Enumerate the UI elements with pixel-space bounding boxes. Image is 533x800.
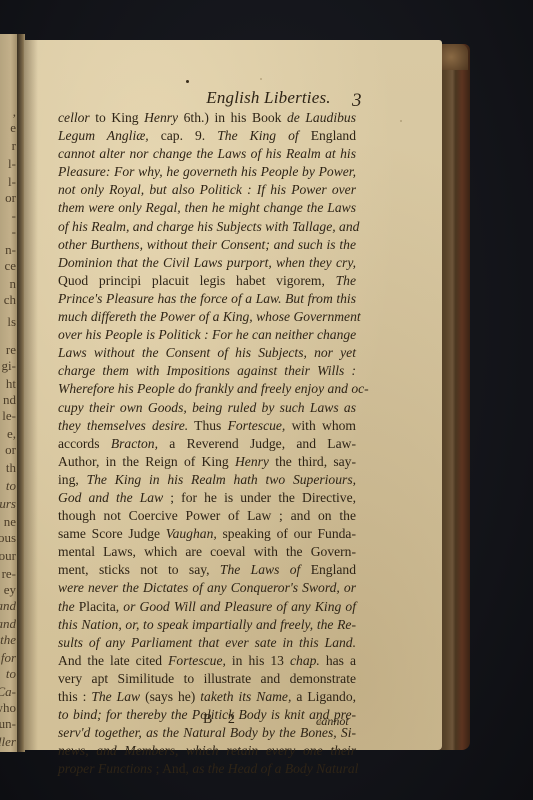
italic-run: or Good Will and Pleasure of any King of [123,599,356,614]
paper-foxing-spot [400,120,402,122]
text-line: over his People is Politick : For he can… [58,326,356,344]
roman-run: in his 13 [226,653,290,668]
book-binding [438,44,470,750]
italic-run: cupy their own Goods, being ruled by suc… [58,400,356,415]
roman-run: Quod principi placuit legis habet vigore… [58,273,336,288]
text-line: Legum Angliæ, cap. 9. The King of Englan… [58,127,356,145]
italic-run: of his Realm, and charge his Subjects wi… [58,219,359,234]
italic-run: Laws without the Consent of his Subjects… [58,345,356,360]
italic-run: the [58,599,75,614]
text-line: accords Bracton, a Reverend Judge, and L… [58,435,356,453]
text-line: ing, The King in his Realm hath two Supe… [58,471,356,489]
roman-run: cap. 9. [149,128,218,143]
text-line: the Placita, or Good Will and Pleasure o… [58,598,356,616]
italic-run: The King of [217,128,298,143]
roman-run: Thus [188,418,227,433]
text-line: news, and Members, which retain every on… [58,742,356,760]
text-line: cellor to King Henry 6th.) in his Book d… [58,109,356,127]
ornament-dot [186,80,189,83]
previous-page-fragment: ller [0,733,16,751]
italic-run: sults of any Parliament that ever sate i… [58,635,356,650]
previous-page-fragment: or [5,441,16,459]
roman-run: ing, [58,472,87,487]
italic-run: were never the Dictates of any Conqueror… [58,580,356,595]
roman-run: 6th.) in his Book [178,110,287,125]
roman-run: (says he) [140,689,200,704]
paper-foxing-spot [260,78,262,80]
roman-run: to King [90,110,144,125]
text-line: proper Functions ; And, as the Head of a… [58,760,356,778]
text-line: other Burthens, without their Consent; a… [58,236,356,254]
previous-page-fragment: to [6,665,16,683]
italic-run: as the Head of a Body Natural [192,761,358,776]
text-line: Dominion that the Civil Laws purport, wh… [58,254,356,272]
text-line: ment, sticks not to say, The Laws of Eng… [58,561,356,579]
italic-run: over his People is Politick : For he can… [58,327,356,342]
italic-run: charge them with Impositions against the… [58,363,356,378]
previous-page-fragment: r [12,137,16,155]
text-line: mental Laws, which are coeval with the G… [58,543,356,561]
italic-run: much differeth the Power of a King, whos… [58,309,361,324]
roman-run: this : [58,689,91,704]
signature-mark: B 2 [203,712,241,728]
body-text: cellor to King Henry 6th.) in his Book d… [58,109,356,778]
previous-page-fragment: to [6,477,16,495]
italic-run: Dominion that the Civil Laws purport, wh… [58,255,356,270]
italic-run: The King in his Realm hath two Superiour… [87,472,356,487]
text-line: though not Coercive Power of Law ; and o… [58,507,356,525]
roman-run: accords [58,436,111,451]
previous-page-fragment: urs [0,495,16,513]
italic-run: Legum Angliæ, [58,128,149,143]
previous-page-fragment: ce [4,257,16,275]
previous-page-fragment: gi- [2,357,16,375]
roman-run: with whom [285,418,356,433]
text-line: Laws without the Consent of his Subjects… [58,344,356,362]
previous-page-fragment: l- [8,155,16,173]
italic-run: Wherefore his People do frankly and free… [58,381,369,396]
previous-page-fragment: th [6,459,16,477]
previous-page-sliver: ,erl-l-or--n-cenchlsregi-htndle-e,orthto… [0,34,18,752]
previous-page-fragment: le- [2,407,16,425]
previous-page-fragment: ous [0,529,16,547]
text-line: not only Royal, but also Politick : If h… [58,181,356,199]
roman-run: the third, say- [269,454,356,469]
roman-run: And the late cited [58,653,168,668]
italic-run: Fortescue, [168,653,226,668]
roman-run: a Ligando, [291,689,356,704]
text-line: very apt Similitude to illustrate and de… [58,670,356,688]
previous-page-fragment: the [0,631,16,649]
italic-run: not only Royal, but also Politick : If h… [58,182,356,197]
italic-run: Bracton, [111,436,158,451]
roman-run: Author, in the Reign of King [58,454,235,469]
italic-run: de Laudibus [287,110,356,125]
binding-corner [440,44,468,70]
text-line: cannot alter nor change the Laws of his … [58,145,356,163]
italic-run: Vaughan, [166,526,217,541]
italic-run: cellor [58,110,90,125]
italic-run: God and the Law [58,490,163,505]
previous-page-fragment: ls [7,313,16,331]
roman-run: England [299,128,356,143]
text-line: this : The Law (says he) taketh its Name… [58,688,356,706]
text-line: sults of any Parliament that ever sate i… [58,634,356,652]
previous-page-fragment: e [10,119,16,137]
text-line: of his Realm, and charge his Subjects wi… [58,218,356,236]
italic-run: they themselves desire. [58,418,188,433]
roman-run: speaking of our Funda- [217,526,356,541]
roman-run: ment, sticks not to say, [58,562,220,577]
italic-run: The Law [91,689,140,704]
roman-run: though not Coercive Power of Law ; and o… [58,508,356,523]
italic-run: news, and Members, which retain every on… [58,743,356,758]
italic-run: proper Functions [58,761,152,776]
previous-page-fragment: or [5,189,16,207]
italic-run: chap. [290,653,320,668]
text-line: Author, in the Reign of King Henry the t… [58,453,356,471]
italic-run: other Burthens, without their Consent; a… [58,237,356,252]
page-inner-shadow [24,40,38,750]
text-line: cupy their own Goods, being ruled by suc… [58,399,356,417]
text-line: Wherefore his People do frankly and free… [58,380,356,398]
roman-run: Placita, [75,599,124,614]
text-line: And the late cited Fortescue, in his 13 … [58,652,356,670]
italic-run: The Laws of [220,562,300,577]
text-line: them were only Regal, then he might chan… [58,199,356,217]
previous-page-fragment: - [12,223,16,241]
text-line: charge them with Impositions against the… [58,362,356,380]
roman-run: ; for he is under the Directive, [163,490,356,505]
text-line: much differeth the Power of a King, whos… [58,308,356,326]
roman-run: mental Laws, which are coeval with the G… [58,544,356,559]
roman-run: a Reverend Judge, and Law- [158,436,356,451]
italic-run: Henry [144,110,178,125]
text-line: were never the Dictates of any Conqueror… [58,579,356,597]
previous-page-fragment: and [0,597,16,615]
italic-run: taketh its Name, [200,689,291,704]
previous-page-fragment: ch [4,291,16,309]
italic-run: Henry [235,454,269,469]
text-line: God and the Law ; for he is under the Di… [58,489,356,507]
italic-run: them were only Regal, then he might chan… [58,200,356,215]
roman-run: ; And, [152,761,192,776]
italic-run: this Nation, or, to speak impartially an… [58,617,356,632]
text-line: they themselves desire. Thus Fortescue, … [58,417,356,435]
previous-page-fragment: un- [0,715,16,733]
italic-run: Prince's Pleasure has the force of a Law… [58,291,356,306]
text-line: same Score Judge Vaughan, speaking of ou… [58,525,356,543]
italic-run: Fortescue, [228,418,286,433]
roman-run: same Score Judge [58,526,166,541]
italic-run: The [336,273,356,288]
italic-run: cannot alter nor change the Laws of his … [58,146,356,161]
running-head: English Liberties. [0,88,533,108]
italic-run: Pleasure: For why, he governeth his Peop… [58,164,356,179]
roman-run: England [300,562,356,577]
text-line: Prince's Pleasure has the force of a Law… [58,290,356,308]
text-line: Quod principi placuit legis habet vigore… [58,272,356,290]
text-line: this Nation, or, to speak impartially an… [58,616,356,634]
roman-run: has a [320,653,356,668]
roman-run: very apt Similitude to illustrate and de… [58,671,356,686]
text-line: Pleasure: For why, he governeth his Peop… [58,163,356,181]
previous-page-fragment: our [0,547,16,565]
catchword: cannot [316,714,349,729]
